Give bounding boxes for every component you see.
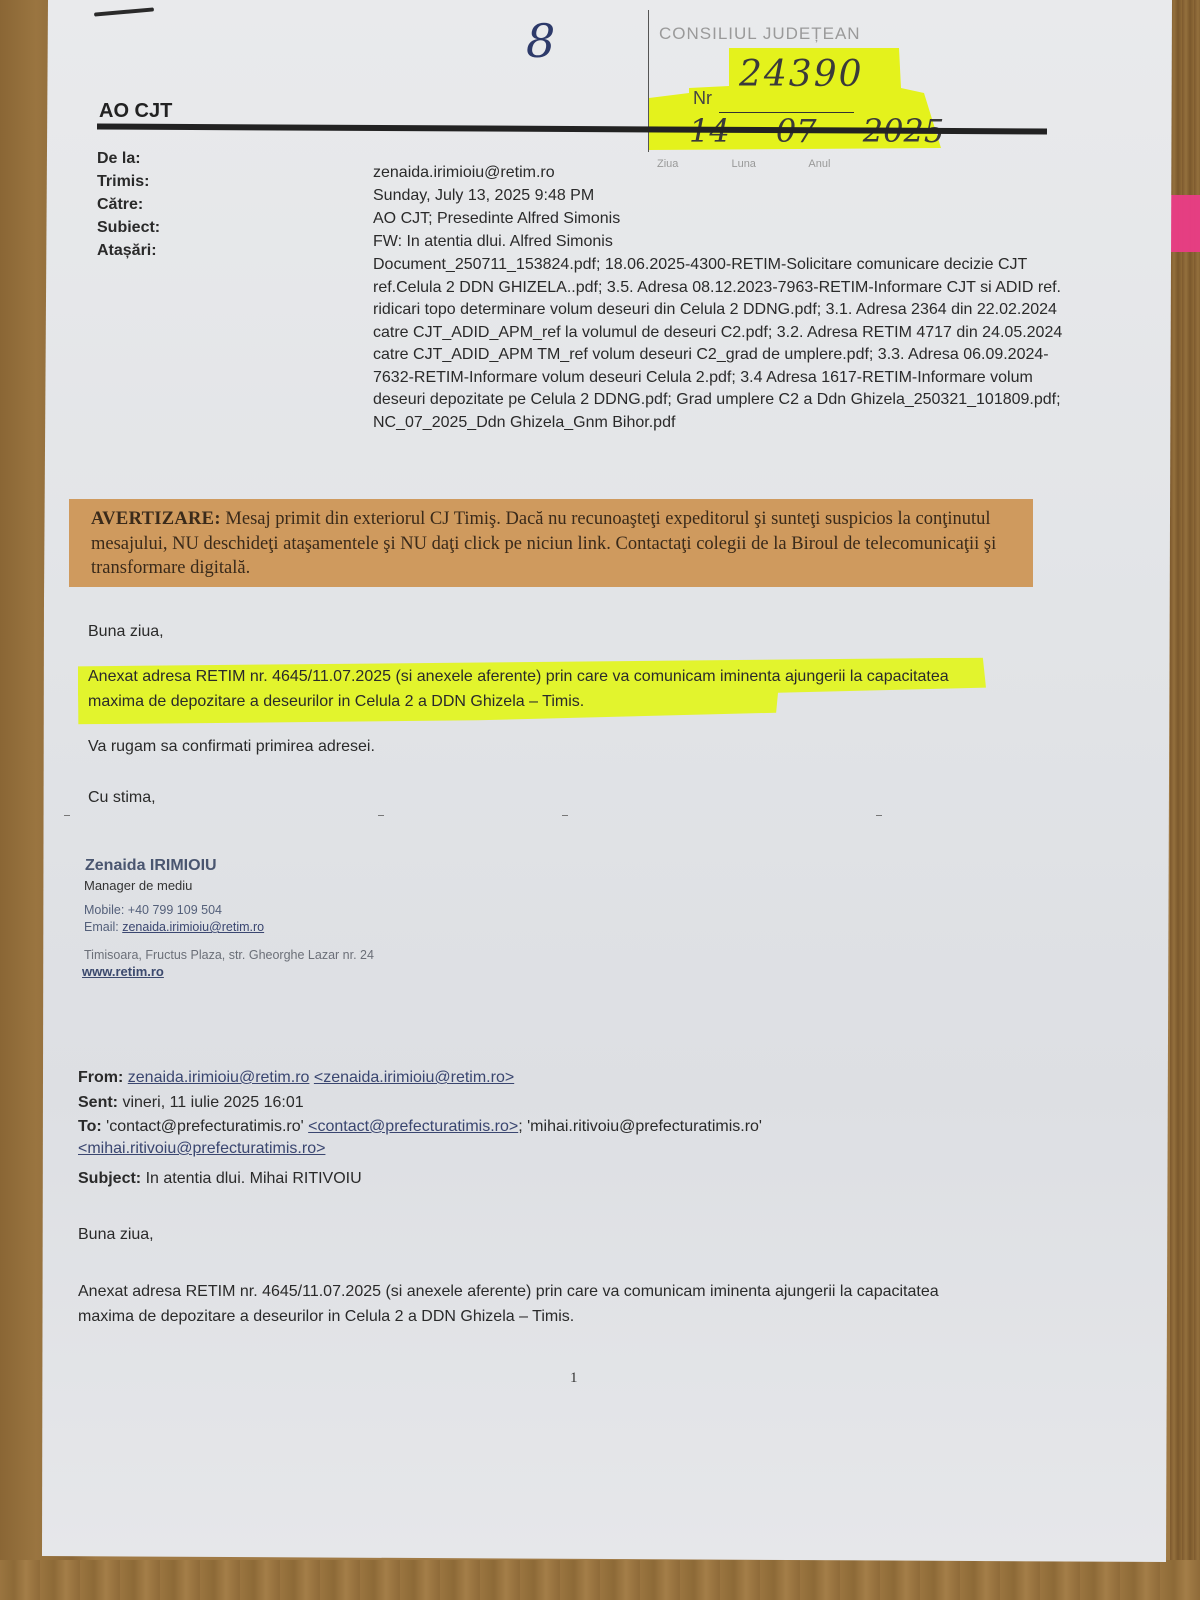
- handwritten-page-mark: 8: [526, 14, 555, 68]
- to-1-name: 'contact@prefecturatimis.ro': [106, 1118, 304, 1135]
- page-number: 1: [570, 1370, 578, 1387]
- field-label: Subiect:: [97, 219, 217, 237]
- field-value: zenaida.irimioiu@retim.ro: [373, 162, 1053, 185]
- message-body: Anexat adresa RETIM nr. 4645/11.07.2025 …: [88, 664, 978, 714]
- registration-number: 24390: [739, 54, 864, 95]
- forwarded-body: Anexat adresa RETIM nr. 4645/11.07.2025 …: [78, 1279, 968, 1329]
- signature-mobile: Mobile: +40 799 109 504: [84, 903, 222, 917]
- fold-mark: [876, 815, 882, 816]
- subject-label: Subject:: [78, 1170, 141, 1187]
- subject-value: In atentia dlui. Mihai RITIVOIU: [146, 1170, 362, 1187]
- external-sender-warning: AVERTIZARE: Mesaj primit din exteriorul …: [69, 499, 1033, 587]
- field-label: De la:: [97, 150, 217, 168]
- from-label: From:: [78, 1069, 123, 1086]
- forwarded-sent: Sent: vineri, 11 iulie 2025 16:01: [78, 1092, 978, 1114]
- desk-surface-bottom: [0, 1560, 1200, 1600]
- stamp-nr-label: Nr: [693, 88, 712, 109]
- forwarded-greeting: Buna ziua,: [78, 1224, 978, 1246]
- to-2-email-link[interactable]: <mihai.ritivoiu@prefecturatimis.ro>: [78, 1140, 325, 1157]
- forwarded-subject: Subject: In atentia dlui. Mihai RITIVOIU: [78, 1168, 978, 1190]
- field-label: Către:: [97, 196, 217, 214]
- signature-email-link[interactable]: zenaida.irimioiu@retim.ro: [122, 920, 264, 934]
- signature-email: Email: zenaida.irimioiu@retim.ro: [84, 920, 264, 934]
- from-name-link[interactable]: zenaida.irimioiu@retim.ro: [128, 1069, 310, 1086]
- confirmation-request: Va rugam sa confirmati primirea adresei.: [88, 735, 988, 759]
- field-label: Atașări:: [97, 242, 217, 260]
- greeting: Buna ziua,: [88, 620, 988, 644]
- to-label: To:: [78, 1118, 102, 1135]
- attachments-list: Document_250711_153824.pdf; 18.06.2025-4…: [373, 254, 1063, 434]
- signature-role: Manager de mediu: [84, 878, 192, 893]
- forwarded-to: To: 'contact@prefecturatimis.ro' <contac…: [78, 1116, 938, 1160]
- field-value: Sunday, July 13, 2025 9:48 PM: [373, 185, 1053, 208]
- from-email-link[interactable]: <zenaida.irimioiu@retim.ro>: [314, 1069, 514, 1086]
- mailbox-title: AO CJT: [99, 100, 172, 123]
- warning-text: Mesaj primit din exteriorul CJ Timiş. Da…: [91, 509, 996, 578]
- signature-website-link[interactable]: www.retim.ro: [82, 964, 164, 979]
- email-label: Email:: [84, 920, 119, 934]
- fold-mark: [378, 815, 384, 816]
- sent-value: vineri, 11 iulie 2025 16:01: [122, 1094, 303, 1111]
- forwarded-from: From: zenaida.irimioiu@retim.ro <zenaida…: [78, 1067, 978, 1089]
- closing: Cu stima,: [88, 786, 988, 810]
- sent-label: Sent:: [78, 1094, 118, 1111]
- field-value: FW: In atentia dlui. Alfred Simonis: [373, 231, 1053, 254]
- mobile-number: +40 799 109 504: [128, 903, 222, 917]
- stamp-header: CONSILIUL JUDEȚEAN: [659, 24, 861, 44]
- to-2-name: ; 'mihai.ritivoiu@prefecturatimis.ro': [518, 1118, 762, 1135]
- fold-mark: [562, 815, 568, 816]
- signature-name: Zenaida IRIMIOIU: [85, 857, 217, 875]
- signature-address: Timisoara, Fructus Plaza, str. Gheorghe …: [84, 948, 374, 962]
- field-label: Trimis:: [97, 173, 217, 191]
- warning-title: AVERTIZARE:: [91, 509, 221, 529]
- to-1-email-link[interactable]: <contact@prefecturatimis.ro>: [308, 1118, 518, 1135]
- field-value: AO CJT; Presedinte Alfred Simonis: [373, 208, 1053, 231]
- fold-mark: [64, 815, 70, 816]
- mobile-label: Mobile:: [84, 903, 124, 917]
